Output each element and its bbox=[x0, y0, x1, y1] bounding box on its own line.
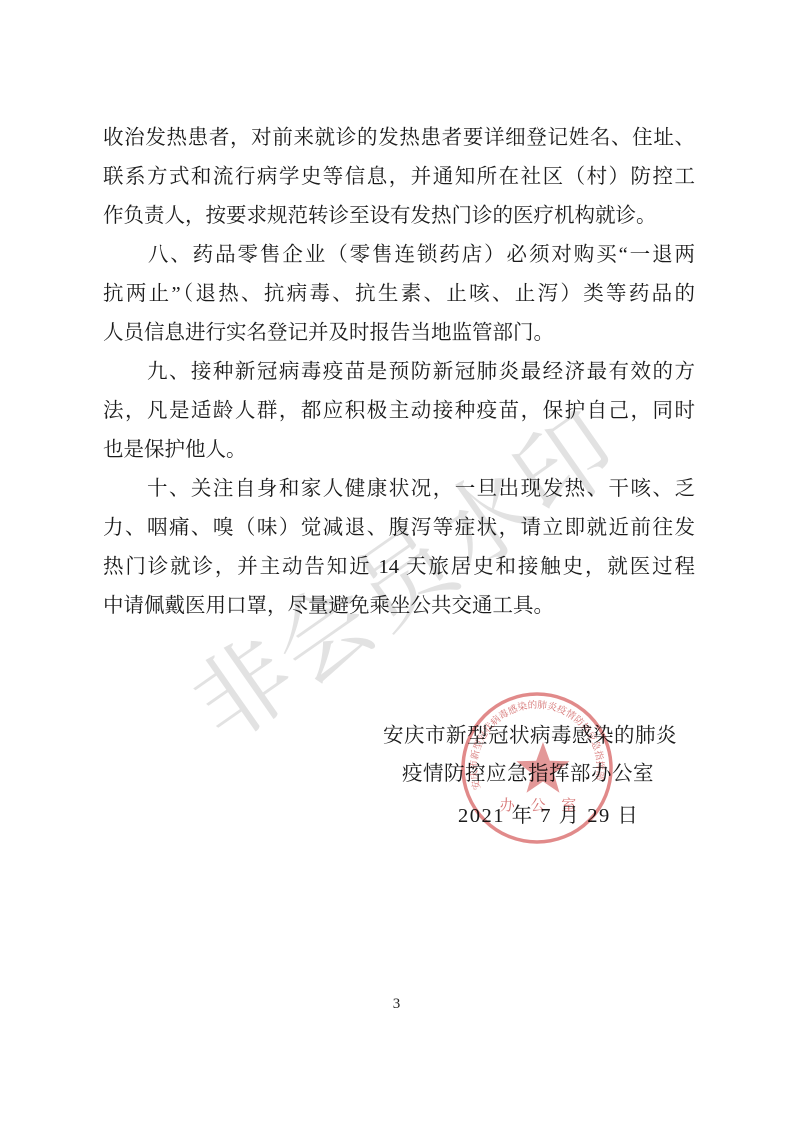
body-line: 中请佩戴医用口罩，尽量避免乘坐公共交通工具。 bbox=[103, 587, 695, 626]
body-line: 抗两止”（退热、抗病毒、抗生素、止咳、止泻）类等药品的 bbox=[103, 275, 695, 314]
body-line: 联系方式和流行病学史等信息，并通知所在社区（村）防控工 bbox=[103, 158, 695, 197]
official-seal: 安庆市新型冠状病毒感染的肺炎疫情防控应急指挥部 办 公 室 bbox=[455, 688, 619, 852]
body-line: 人员信息进行实名登记并及时报告当地监管部门。 bbox=[103, 314, 695, 353]
page-number: 3 bbox=[0, 996, 793, 1013]
body-line: 力、咽痛、嗅（味）觉减退、腹泻等症状，请立即就近前往发 bbox=[103, 509, 695, 548]
document-body: 收治发热患者，对前来就诊的发热患者要详细登记姓名、住址、联系方式和流行病学史等信… bbox=[103, 119, 695, 626]
body-line: 收治发热患者，对前来就诊的发热患者要详细登记姓名、住址、 bbox=[103, 119, 695, 158]
body-line: 热门诊就诊，并主动告知近 14 天旅居史和接触史，就医过程 bbox=[103, 548, 695, 587]
body-line: 十、关注自身和家人健康状况，一旦出现发热、干咳、乏 bbox=[103, 470, 695, 509]
body-line: 八、药品零售企业（零售连锁药店）必须对购买“一退两 bbox=[103, 236, 695, 275]
body-line: 法，凡是适龄人群，都应积极主动接种疫苗，保护自己，同时 bbox=[103, 392, 695, 431]
seal-star-icon bbox=[516, 742, 569, 793]
document-page: 非会员水印 收治发热患者，对前来就诊的发热患者要详细登记姓名、住址、联系方式和流… bbox=[0, 0, 793, 1122]
body-line: 九、接种新冠病毒疫苗是预防新冠肺炎最经济最有效的方 bbox=[103, 353, 695, 392]
seal-bottom-text: 办 公 室 bbox=[500, 797, 583, 814]
body-line: 作负责人，按要求规范转诊至设有发热门诊的医疗机构就诊。 bbox=[103, 197, 695, 236]
body-line: 也是保护他人。 bbox=[103, 431, 695, 470]
